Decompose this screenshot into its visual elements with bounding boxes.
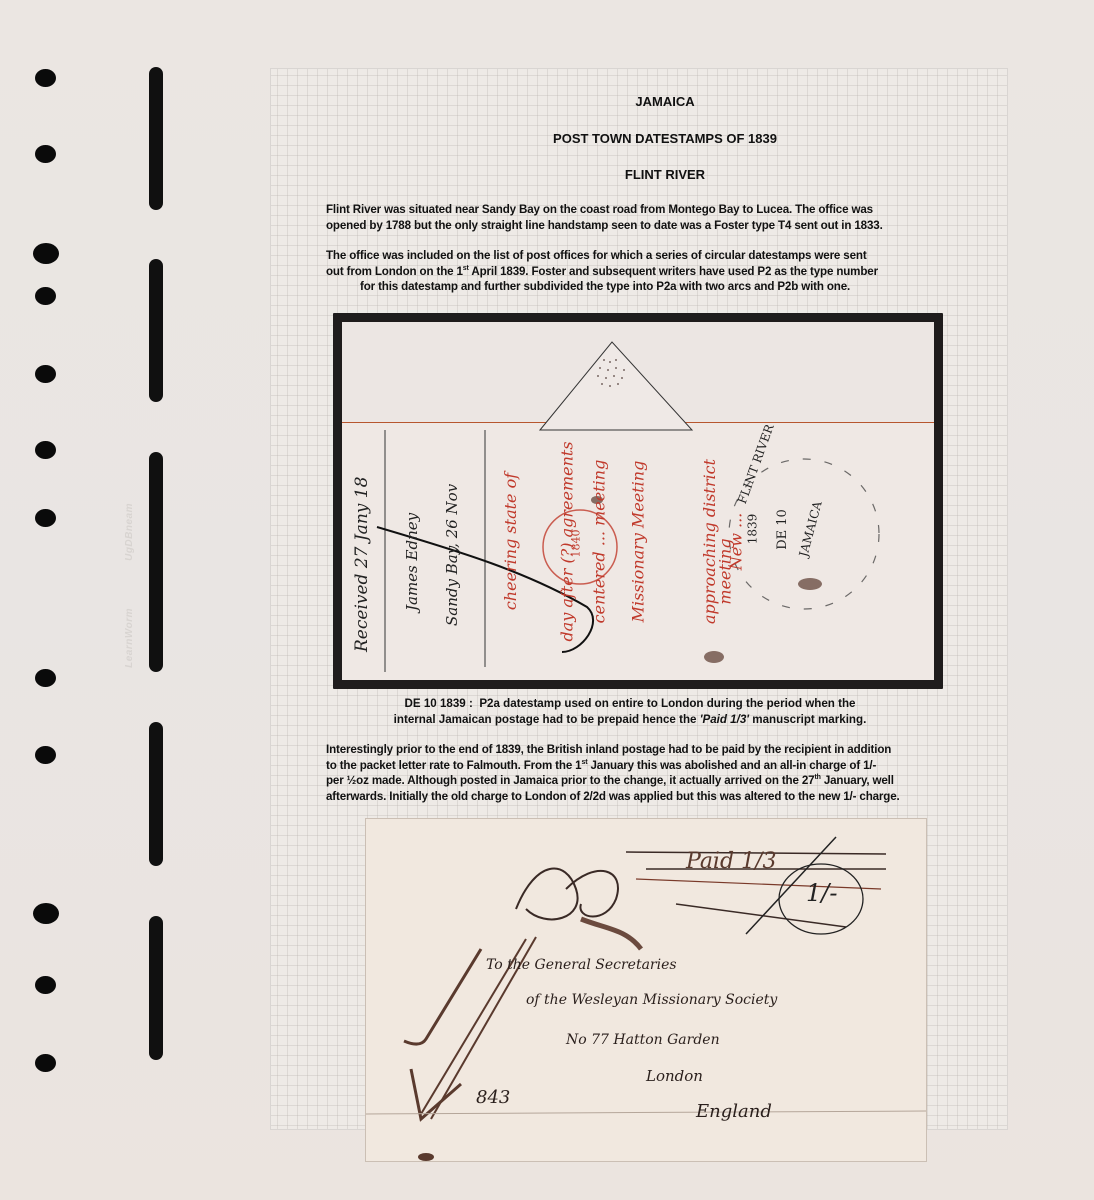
binder-hole (33, 243, 59, 264)
text-line: to the packet letter rate to Falmouth. F… (326, 758, 986, 774)
intro-paragraph-1: Flint River was situated near Sandy Bay … (326, 202, 966, 233)
docket-sender: James Edney (403, 431, 421, 611)
body-paragraph: Interestingly prior to the end of 1839, … (326, 742, 986, 804)
watermark-text: UgDBneam (124, 503, 135, 561)
cover-image-flint-river-entire: Received 27 Jany 18 James Edney Sandy Ba… (333, 313, 943, 689)
binder-hole (35, 1054, 56, 1072)
binder-hole (35, 746, 56, 764)
page-title: POST TOWN DATESTAMPS OF 1839 (270, 131, 1060, 146)
address-line: No 77 Hatton Garden (566, 1032, 720, 1048)
red-manuscript-line: centered ... meeting (589, 460, 608, 624)
address-line: London (646, 1067, 703, 1085)
binder-hole (35, 365, 56, 383)
address-line: England (696, 1101, 772, 1122)
address-line: To the General Secretaries (486, 957, 677, 973)
binder-hole (35, 976, 56, 994)
docket-received: Received 27 Jany 18 (352, 432, 372, 652)
binder-slot (149, 452, 163, 672)
datestamp-date: DE 10 (775, 509, 790, 550)
binder-hole (35, 669, 56, 687)
text-line: Interestingly prior to the end of 1839, … (326, 742, 986, 758)
intro-paragraph-2: The office was included on the list of p… (326, 248, 966, 295)
page-subtitle: FLINT RIVER (270, 167, 1060, 182)
red-manuscript-line: New ... (726, 513, 745, 571)
charge-marking: 1/- (806, 879, 837, 907)
watermark-text: LearnWorm (124, 608, 135, 668)
binder-hole (35, 441, 56, 459)
address-line: of the Wesleyan Missionary Society (526, 992, 777, 1008)
cover-number: 843 (476, 1087, 510, 1108)
red-manuscript-line: Missionary Meeting (628, 461, 647, 623)
binder-hole (33, 903, 59, 924)
caption-date: DE 10 1839 (405, 697, 466, 710)
binder-hole (35, 69, 56, 87)
page-country-heading: JAMAICA (270, 94, 1060, 109)
text-line: afterwards. Initially the old charge to … (326, 789, 986, 805)
cover-image-london-entire: Paid 1/3 1/- To the General Secretaries … (365, 818, 927, 1162)
text-line: per ½oz made. Although posted in Jamaica… (326, 773, 986, 789)
text-line: The office was included on the list of p… (326, 248, 966, 264)
paid-marking: Paid 1/3 (686, 849, 776, 874)
binder-hole (35, 509, 56, 527)
red-datestamp-text: 1840 (570, 530, 583, 558)
binder-slot (149, 259, 163, 402)
text-line: Flint River was situated near Sandy Bay … (326, 202, 966, 218)
text-line: opened by 1788 but the only straight lin… (326, 218, 966, 234)
binder-hole (35, 145, 56, 163)
text-line: out from London on the 1st April 1839. F… (326, 264, 966, 280)
text-line: internal Jamaican postage had to be prep… (330, 712, 930, 728)
binder-slot (149, 67, 163, 210)
text-line: for this datestamp and further subdivide… (326, 279, 966, 295)
cover2-drawing (366, 819, 926, 1161)
cover1-caption: DE 10 1839 : P2a datestamp used on entir… (330, 696, 930, 727)
binder-slot (149, 722, 163, 866)
binder-slot (149, 916, 163, 1060)
docket-origin: Sandy Bay, 26 Nov (443, 416, 461, 626)
datestamp-year: 1839 (745, 514, 759, 545)
text-line: DE 10 1839 : P2a datestamp used on entir… (330, 696, 930, 712)
binder-hole (35, 287, 56, 305)
red-manuscript-line: cheering state of (501, 473, 520, 610)
